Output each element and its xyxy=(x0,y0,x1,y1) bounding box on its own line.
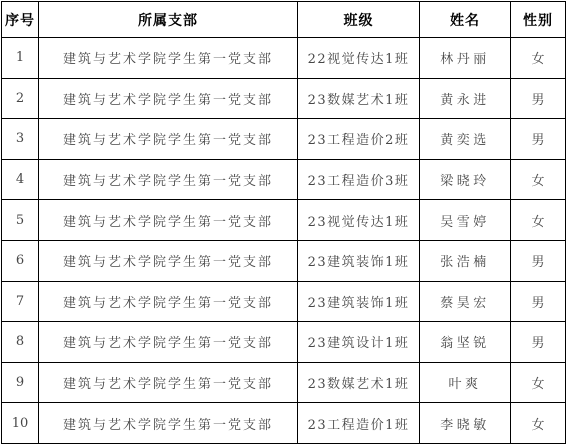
cell-branch: 建筑与艺术学院学生第一党支部 xyxy=(39,240,298,281)
cell-seq: 10 xyxy=(2,403,39,444)
cell-class: 23工程造价2班 xyxy=(298,119,420,160)
table-row: 7 建筑与艺术学院学生第一党支部 23建筑装饰1班 蔡昊宏 男 xyxy=(2,281,566,322)
cell-name: 叶爽 xyxy=(420,362,511,403)
cell-gender: 男 xyxy=(511,240,566,281)
cell-seq: 3 xyxy=(2,119,39,160)
cell-gender: 女 xyxy=(511,159,566,200)
cell-branch: 建筑与艺术学院学生第一党支部 xyxy=(39,119,298,160)
cell-gender: 男 xyxy=(511,281,566,322)
table-row: 8 建筑与艺术学院学生第一党支部 23建筑设计1班 翁坚锐 男 xyxy=(2,322,566,363)
cell-gender: 男 xyxy=(511,322,566,363)
cell-name: 翁坚锐 xyxy=(420,322,511,363)
member-roster-table: 序号 所属支部 班级 姓名 性别 1 建筑与艺术学院学生第一党支部 22视觉传达… xyxy=(1,1,566,444)
cell-name: 张浩楠 xyxy=(420,240,511,281)
col-header-gender: 性别 xyxy=(511,2,566,38)
cell-seq: 2 xyxy=(2,78,39,119)
cell-seq: 5 xyxy=(2,200,39,241)
cell-branch: 建筑与艺术学院学生第一党支部 xyxy=(39,281,298,322)
cell-branch: 建筑与艺术学院学生第一党支部 xyxy=(39,200,298,241)
cell-branch: 建筑与艺术学院学生第一党支部 xyxy=(39,322,298,363)
cell-branch: 建筑与艺术学院学生第一党支部 xyxy=(39,403,298,444)
table-row: 10 建筑与艺术学院学生第一党支部 23工程造价1班 李晓敏 女 xyxy=(2,403,566,444)
col-header-class: 班级 xyxy=(298,2,420,38)
cell-gender: 女 xyxy=(511,403,566,444)
cell-name: 黄永进 xyxy=(420,78,511,119)
cell-class: 23数媒艺术1班 xyxy=(298,362,420,403)
cell-class: 23工程造价1班 xyxy=(298,403,420,444)
cell-gender: 男 xyxy=(511,78,566,119)
cell-class: 22视觉传达1班 xyxy=(298,38,420,79)
cell-name: 黄奕选 xyxy=(420,119,511,160)
cell-seq: 4 xyxy=(2,159,39,200)
cell-gender: 女 xyxy=(511,38,566,79)
cell-branch: 建筑与艺术学院学生第一党支部 xyxy=(39,159,298,200)
cell-gender: 女 xyxy=(511,200,566,241)
col-header-name: 姓名 xyxy=(420,2,511,38)
cell-class: 23数媒艺术1班 xyxy=(298,78,420,119)
cell-branch: 建筑与艺术学院学生第一党支部 xyxy=(39,38,298,79)
cell-seq: 6 xyxy=(2,240,39,281)
cell-seq: 8 xyxy=(2,322,39,363)
cell-class: 23建筑装饰1班 xyxy=(298,240,420,281)
cell-class: 23工程造价3班 xyxy=(298,159,420,200)
document-page: 序号 所属支部 班级 姓名 性别 1 建筑与艺术学院学生第一党支部 22视觉传达… xyxy=(0,0,567,446)
cell-class: 23建筑装饰1班 xyxy=(298,281,420,322)
cell-name: 梁晓玲 xyxy=(420,159,511,200)
table-row: 2 建筑与艺术学院学生第一党支部 23数媒艺术1班 黄永进 男 xyxy=(2,78,566,119)
cell-class: 23建筑设计1班 xyxy=(298,322,420,363)
cell-seq: 7 xyxy=(2,281,39,322)
cell-branch: 建筑与艺术学院学生第一党支部 xyxy=(39,362,298,403)
cell-name: 林丹丽 xyxy=(420,38,511,79)
col-header-seq: 序号 xyxy=(2,2,39,38)
table-row: 1 建筑与艺术学院学生第一党支部 22视觉传达1班 林丹丽 女 xyxy=(2,38,566,79)
cell-seq: 9 xyxy=(2,362,39,403)
cell-seq: 1 xyxy=(2,38,39,79)
cell-gender: 男 xyxy=(511,119,566,160)
cell-name: 吴雪婷 xyxy=(420,200,511,241)
cell-branch: 建筑与艺术学院学生第一党支部 xyxy=(39,78,298,119)
cell-name: 蔡昊宏 xyxy=(420,281,511,322)
cell-class: 23视觉传达1班 xyxy=(298,200,420,241)
table-row: 4 建筑与艺术学院学生第一党支部 23工程造价3班 梁晓玲 女 xyxy=(2,159,566,200)
table-row: 9 建筑与艺术学院学生第一党支部 23数媒艺术1班 叶爽 女 xyxy=(2,362,566,403)
cell-gender: 女 xyxy=(511,362,566,403)
col-header-branch: 所属支部 xyxy=(39,2,298,38)
cell-name: 李晓敏 xyxy=(420,403,511,444)
table-row: 5 建筑与艺术学院学生第一党支部 23视觉传达1班 吴雪婷 女 xyxy=(2,200,566,241)
table-row: 3 建筑与艺术学院学生第一党支部 23工程造价2班 黄奕选 男 xyxy=(2,119,566,160)
table-row: 6 建筑与艺术学院学生第一党支部 23建筑装饰1班 张浩楠 男 xyxy=(2,240,566,281)
header-row: 序号 所属支部 班级 姓名 性别 xyxy=(2,2,566,38)
